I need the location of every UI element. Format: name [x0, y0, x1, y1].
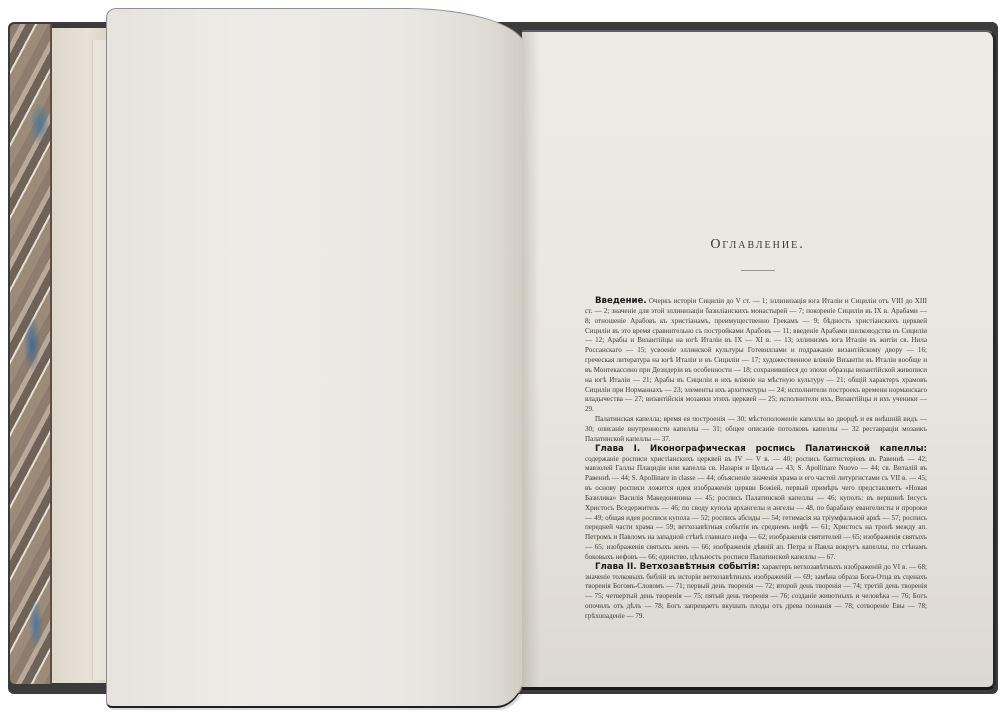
section-heading: Введение.: [595, 296, 647, 306]
section-heading: Глава I. Иконографическая роспись Палати…: [595, 444, 927, 454]
marbled-board-edge: [10, 24, 52, 684]
toc-section-chapter-1: Глава I. Иконографическая роспись Палати…: [585, 445, 927, 563]
section-text: Палатинская капелла; время ея построенія…: [585, 415, 927, 443]
section-text: Очеркъ исторіи Сициліи до V ст. — 1; элл…: [585, 297, 927, 413]
open-book: Оглавление. Введение. Очеркъ исторіи Сиц…: [0, 0, 1000, 715]
left-page-blank[interactable]: [106, 8, 526, 708]
toc-title: Оглавление.: [522, 237, 993, 253]
title-divider: [741, 270, 775, 271]
toc-section-chapter-2: Глава II. Ветхозавѣтныя событія: характе…: [585, 563, 927, 622]
toc-section-introduction: Введение. Очеркъ исторіи Сициліи до V ст…: [585, 297, 927, 415]
toc-body: Введение. Очеркъ исторіи Сициліи до V ст…: [585, 297, 927, 622]
toc-section-palatine-chapel: Палатинская капелла; время ея построенія…: [585, 415, 927, 445]
right-page-table-of-contents[interactable]: Оглавление. Введение. Очеркъ исторіи Сиц…: [522, 30, 996, 690]
section-heading: Глава II. Ветхозавѣтныя событія:: [595, 562, 760, 572]
section-text: содержаніе росписи христіанскихъ церквей…: [585, 455, 927, 561]
page-gutter-shadow: [522, 32, 540, 687]
